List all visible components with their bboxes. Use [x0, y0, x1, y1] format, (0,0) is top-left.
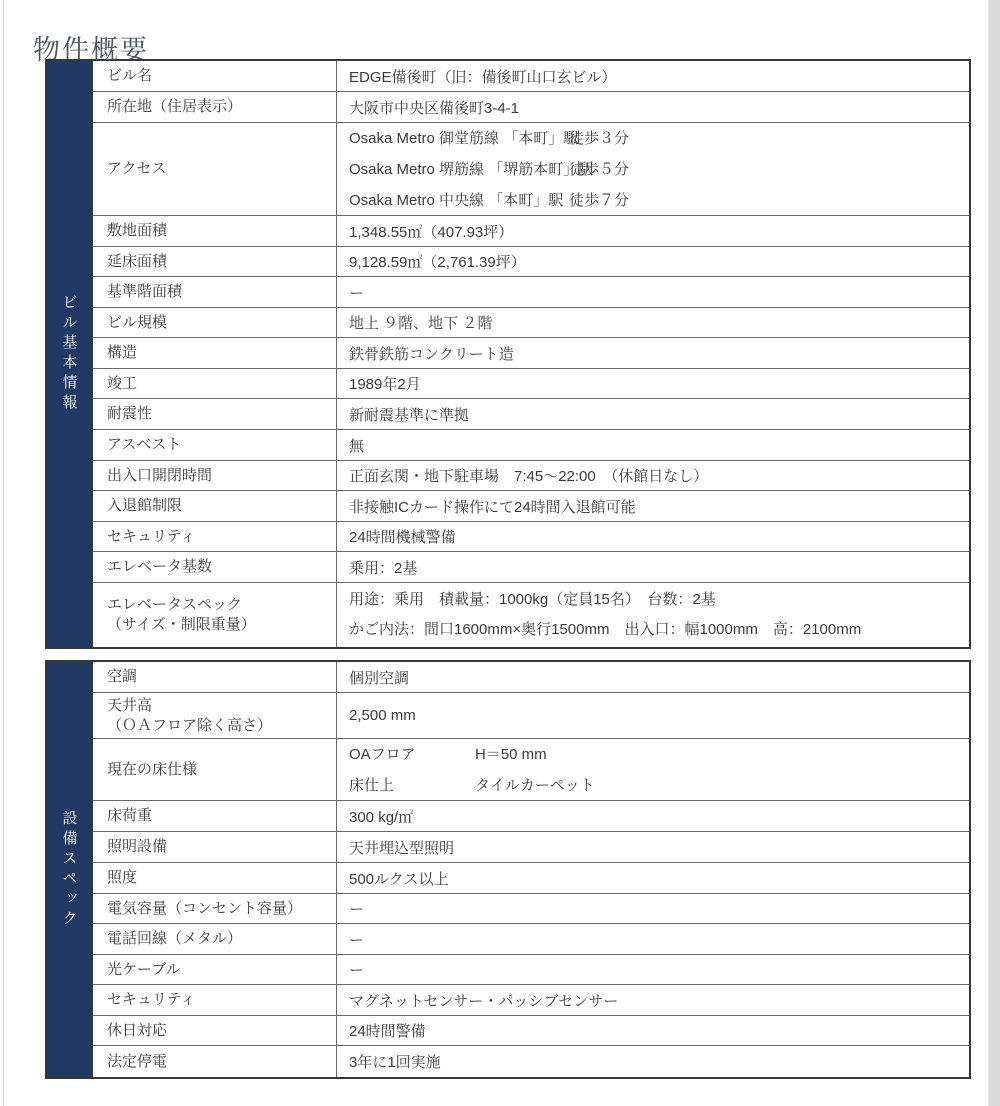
row-value: 地上 ９階、地下 ２階	[337, 308, 969, 337]
access-line: Osaka Metro 堺筋線 「堺筋本町」駅徒歩５分	[349, 154, 959, 185]
row-label: 法定停電	[93, 1046, 337, 1077]
table-row-ceiling-height: 天井高 （ＯＡフロア除く高さ） 2,500 mm	[93, 693, 969, 739]
row-value: 9,128.59㎡（2,761.39坪）	[337, 247, 969, 276]
table-row-optical-cable: 光ケーブル ー	[93, 955, 969, 985]
row-value: ー	[337, 924, 969, 954]
row-label: 光ケーブル	[93, 955, 337, 984]
row-value: ー	[337, 955, 969, 984]
walk-time: 徒歩７分	[569, 192, 629, 209]
table-row-elevator-count: エレベータ基数 乗用：2基	[93, 552, 969, 583]
table-row-address: 所在地（住居表示） 大阪市中央区備後町3-4-1	[93, 92, 969, 123]
building-info-rows: ビル名 EDGE備後町（旧：備後町山口玄ビル） 所在地（住居表示） 大阪市中央区…	[93, 61, 969, 647]
table-row-phone-line: 電話回線（メタル） ー	[93, 924, 969, 955]
row-value: ー	[337, 277, 969, 307]
row-value: 鉄骨鉄筋コンクリート造	[337, 338, 969, 368]
row-label: セキュリティ	[93, 522, 337, 551]
walk-time: 徒歩３分	[569, 130, 629, 147]
row-label: 敷地面積	[93, 216, 337, 246]
row-value: 新耐震基準に準拠	[337, 399, 969, 429]
row-label: アクセス	[93, 123, 337, 215]
table-row-illuminance: 照度 500ルクス以上	[93, 863, 969, 894]
section-label: ビル基本情報	[59, 294, 80, 414]
row-label: 出入口開閉時間	[93, 461, 337, 490]
page-edge-line	[3, 0, 4, 1106]
row-value: 3年に1回実施	[337, 1046, 969, 1077]
row-label: 竣工	[93, 369, 337, 398]
row-value: OAフロアH＝50 mm 床仕上タイルカーペット	[337, 739, 969, 800]
row-value: 2,500 mm	[337, 693, 969, 738]
row-value: マグネットセンサー・パッシブセンサー	[337, 985, 969, 1015]
facility-spec-rows: 空調 個別空調 天井高 （ＯＡフロア除く高さ） 2,500 mm 現在の床仕様 …	[93, 662, 969, 1077]
table-row-floor-load: 床荷重 300 kg/㎡	[93, 801, 969, 832]
table-row-earthquake-resistance: 耐震性 新耐震基準に準拠	[93, 399, 969, 430]
row-value: 300 kg/㎡	[337, 801, 969, 831]
row-value: 24時間警備	[337, 1016, 969, 1045]
row-label: 休日対応	[93, 1016, 337, 1045]
table-row-standard-floor-area: 基準階面積 ー	[93, 277, 969, 308]
row-label: 空調	[93, 662, 337, 692]
row-value: 大阪市中央区備後町3-4-1	[337, 92, 969, 122]
row-value: 個別空調	[337, 662, 969, 692]
row-label: 照度	[93, 863, 337, 893]
walk-time: 徒歩５分	[569, 161, 629, 178]
row-label: ビル規模	[93, 308, 337, 337]
scrollbar[interactable]	[988, 0, 1000, 1106]
table-row-security: セキュリティ 24時間機械警備	[93, 522, 969, 552]
row-label: 基準階面積	[93, 277, 337, 307]
table-row-building-name: ビル名 EDGE備後町（旧：備後町山口玄ビル）	[93, 61, 969, 92]
table-row-total-floor-area: 延床面積 9,128.59㎡（2,761.39坪）	[93, 247, 969, 277]
row-label: エレベータ基数	[93, 552, 337, 582]
row-value: ー	[337, 894, 969, 923]
row-label: 電話回線（メタル）	[93, 924, 337, 954]
row-value: 正面玄関・地下駐車場 7:45～22:00 （休館日なし）	[337, 461, 969, 490]
row-label: エレベータスペック （サイズ・制限重量）	[93, 583, 337, 647]
table-row-building-scale: ビル規模 地上 ９階、地下 ２階	[93, 308, 969, 338]
table-row-electric-capacity: 電気容量（コンセント容量） ー	[93, 894, 969, 924]
row-value: 500ルクス以上	[337, 863, 969, 893]
table-row-floor-spec: 現在の床仕様 OAフロアH＝50 mm 床仕上タイルカーペット	[93, 739, 969, 801]
row-label: 耐震性	[93, 399, 337, 429]
table-row-access: アクセス Osaka Metro 御堂筋線 「本町」駅徒歩３分 Osaka Me…	[93, 123, 969, 216]
table-row-completion: 竣工 1989年2月	[93, 369, 969, 399]
row-label: 照明設備	[93, 832, 337, 862]
section-band-building-info: ビル基本情報	[47, 61, 93, 647]
table-row-entry-restriction: 入退館制限 非接触ICカード操作にて24時間入退館可能	[93, 491, 969, 522]
table-row-lighting: 照明設備 天井埋込型照明	[93, 832, 969, 863]
table-row-air-conditioning: 空調 個別空調	[93, 662, 969, 693]
row-label: 所在地（住居表示）	[93, 92, 337, 122]
facility-spec-table: 設備スペック 空調 個別空調 天井高 （ＯＡフロア除く高さ） 2,500 mm …	[45, 660, 971, 1079]
table-row-site-area: 敷地面積 1,348.55㎡（407.93坪）	[93, 216, 969, 247]
row-value: 用途：乗用 積載量：1000kg（定員15名） 台数：2基 かご内法：間口160…	[337, 583, 969, 647]
access-line: Osaka Metro 中央線 「本町」駅徒歩７分	[349, 185, 959, 216]
row-label: 現在の床仕様	[93, 739, 337, 800]
row-value: 24時間機械警備	[337, 522, 969, 551]
row-label: 入退館制限	[93, 491, 337, 521]
row-label: 構造	[93, 338, 337, 368]
row-value: 非接触ICカード操作にて24時間入退館可能	[337, 491, 969, 521]
row-value: EDGE備後町（旧：備後町山口玄ビル）	[337, 61, 969, 91]
table-row-legal-blackout: 法定停電 3年に1回実施	[93, 1046, 969, 1077]
row-value: 無	[337, 430, 969, 460]
row-value: 天井埋込型照明	[337, 832, 969, 862]
access-line: Osaka Metro 御堂筋線 「本町」駅徒歩３分	[349, 123, 959, 154]
floor-spec-line: OAフロアH＝50 mm	[349, 739, 959, 770]
row-label: ビル名	[93, 61, 337, 91]
table-row-security-sensors: セキュリティ マグネットセンサー・パッシブセンサー	[93, 985, 969, 1016]
floor-spec-line: 床仕上タイルカーペット	[349, 770, 959, 801]
table-row-elevator-spec: エレベータスペック （サイズ・制限重量） 用途：乗用 積載量：1000kg（定員…	[93, 583, 969, 647]
row-label: セキュリティ	[93, 985, 337, 1015]
row-label: 延床面積	[93, 247, 337, 276]
row-label: 床荷重	[93, 801, 337, 831]
row-value: 乗用：2基	[337, 552, 969, 582]
row-label: 電気容量（コンセント容量）	[93, 894, 337, 923]
row-label: アスベスト	[93, 430, 337, 460]
table-row-asbestos: アスベスト 無	[93, 430, 969, 461]
row-value: 1,348.55㎡（407.93坪）	[337, 216, 969, 246]
table-row-entrance-hours: 出入口開閉時間 正面玄関・地下駐車場 7:45～22:00 （休館日なし）	[93, 461, 969, 491]
row-value: 1989年2月	[337, 369, 969, 398]
building-info-table: ビル基本情報 ビル名 EDGE備後町（旧：備後町山口玄ビル） 所在地（住居表示）…	[45, 59, 971, 649]
table-row-structure: 構造 鉄骨鉄筋コンクリート造	[93, 338, 969, 369]
section-band-facility-spec: 設備スペック	[47, 662, 93, 1077]
section-label: 設備スペック	[59, 810, 80, 930]
row-value: Osaka Metro 御堂筋線 「本町」駅徒歩３分 Osaka Metro 堺…	[337, 123, 969, 215]
row-label: 天井高 （ＯＡフロア除く高さ）	[93, 693, 337, 738]
table-row-holiday-support: 休日対応 24時間警備	[93, 1016, 969, 1046]
